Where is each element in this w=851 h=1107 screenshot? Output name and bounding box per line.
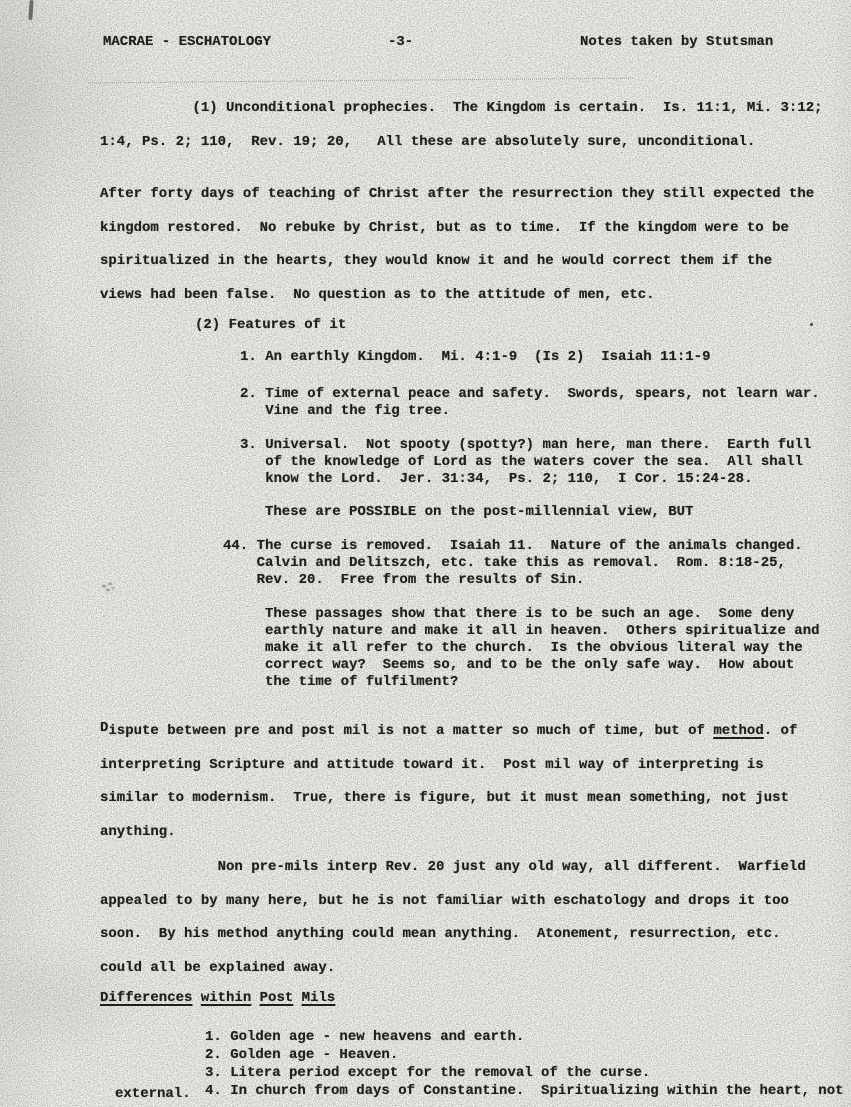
text-line: After forty days of teaching of Christ a… [100, 178, 814, 212]
text-line: make it all refer to the church. Is the … [265, 640, 820, 657]
text-line: know the Lord. Jer. 31:34, Ps. 2; 110, I… [240, 471, 811, 488]
text-line: Calvin and Delitszch, etc. take this as … [223, 555, 803, 572]
text-line: anything. [100, 816, 797, 850]
text-line: views had been false. No question as to … [100, 279, 814, 313]
text-line: could all be explained away. [100, 952, 806, 986]
paragraph-forty-days: After forty days of teaching of Christ a… [100, 178, 814, 312]
text-line: 3. Universal. Not spooty (spotty?) man h… [240, 437, 811, 454]
paragraph-these-passages: These passages show that there is to be … [265, 606, 820, 691]
text-line: Differences within Post Mils [100, 989, 335, 1007]
text-line: the time of fulfilment? [265, 674, 820, 691]
header-course-title: MACRAE - ESCHATOLOGY [103, 33, 271, 51]
wrapped-word-external: external. [115, 1085, 191, 1103]
text-line: Vine and the fig tree. [240, 403, 820, 420]
text-line: kingdom restored. No rebuke by Christ, b… [100, 212, 814, 246]
text-line: 44. The curse is removed. Isaiah 11. Nat… [223, 538, 803, 555]
heading-features-of-it: (2) Features of it [195, 316, 346, 334]
text-line: of the knowledge of Lord as the waters c… [240, 454, 811, 471]
text-line: Rev. 20. Free from the results of Sin. [223, 572, 803, 589]
header-notes-credit: Notes taken by Stutsman [580, 33, 773, 51]
text-line: 1. An earthly Kingdom. Mi. 4:1-9 (Is 2) … [240, 349, 710, 366]
feature-item-peace-safety: 2. Time of external peace and safety. Sw… [240, 386, 820, 420]
text-line: 1:4, Ps. 2; 110, Rev. 19; 20, All these … [100, 126, 823, 160]
scan-stray-dot [810, 323, 813, 326]
text-line: (1) Unconditional prophecies. The Kingdo… [100, 92, 823, 126]
text-line: These are POSSIBLE on the post-millennia… [265, 504, 693, 521]
scan-crease-line [88, 78, 633, 84]
paragraph-dispute-method: Dispute between pre and post mil is not … [100, 715, 797, 849]
paragraph-warfield: Non pre-mils interp Rev. 20 just any old… [100, 851, 806, 985]
note-possible-postmillennial: These are POSSIBLE on the post-millennia… [265, 504, 693, 521]
scanned-typewritten-page: MACRAE - ESCHATOLOGY -3- Notes taken by … [0, 0, 851, 1107]
text-line: correct way? Seems so, and to be the onl… [265, 657, 820, 674]
text-line: 2. Time of external peace and safety. Sw… [240, 386, 820, 403]
text-line: soon. By his method anything could mean … [100, 918, 806, 952]
header-page-number: -3- [388, 33, 413, 51]
text-line: 3. Litera period except for the removal … [205, 1064, 844, 1082]
list-post-mils-differences: 1. Golden age - new heavens and earth.2.… [205, 1028, 844, 1100]
text-line: These passages show that there is to be … [265, 606, 820, 623]
text-line: spiritualized in the hearts, they would … [100, 245, 814, 279]
paragraph-unconditional-prophecies: (1) Unconditional prophecies. The Kingdo… [100, 92, 823, 159]
heading-differences-post-mils: Differences within Post Mils [100, 989, 335, 1007]
text-line: Non pre-mils interp Rev. 20 just any old… [100, 851, 806, 885]
scan-ink-smudge [100, 581, 116, 593]
text-line: earthly nature and make it all in heaven… [265, 623, 820, 640]
feature-item-universal: 3. Universal. Not spooty (spotty?) man h… [240, 437, 811, 488]
text-line: 1. Golden age - new heavens and earth. [205, 1028, 844, 1046]
text-line: appealed to by many here, but he is not … [100, 885, 806, 919]
text-line: Dispute between pre and post mil is not … [100, 715, 797, 749]
scan-corner-mark [28, 0, 33, 20]
text-line: similar to modernism. True, there is fig… [100, 782, 797, 816]
text-line: 4. In church from days of Constantine. S… [205, 1082, 844, 1100]
text-line: interpreting Scripture and attitude towa… [100, 749, 797, 783]
feature-item-earthly-kingdom: 1. An earthly Kingdom. Mi. 4:1-9 (Is 2) … [240, 349, 710, 366]
text-line: 2. Golden age - Heaven. [205, 1046, 844, 1064]
feature-item-curse-removed: 44. The curse is removed. Isaiah 11. Nat… [223, 538, 803, 589]
